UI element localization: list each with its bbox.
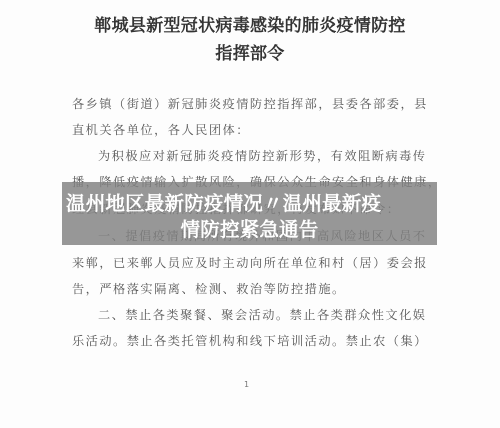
- headline-banner[interactable]: 温州地区最新防疫情况〃温州最新疫 情防控紧急通告: [62, 182, 437, 245]
- body-line: 告，严格落实隔离、检测、救治等防控措施。: [72, 280, 432, 297]
- body-line: 为积极应对新冠肺炎疫情防控新形势，有效阻断病毒传: [98, 147, 458, 164]
- body-line: 各乡镇（街道）新冠肺炎疫情防控指挥部，县委各部委，县: [72, 95, 432, 112]
- body-line: 来郸，已来郸人员应及时主动向所在单位和村（居）委会报: [72, 254, 432, 271]
- body-line: 直机关各单位，各人民团体：: [72, 121, 432, 138]
- body-line: 乐活动。禁止各类托管机构和线下培训活动。禁止农（集）: [72, 332, 432, 349]
- headline-line-1: 温州地区最新防疫情况〃温州最新疫: [66, 188, 441, 216]
- page-number: 1: [244, 380, 249, 389]
- body-line: 二、禁止各类聚餐、聚会活动。禁止各类群众性文化娱: [98, 306, 458, 323]
- document-title-line-2: 指挥部令: [0, 39, 500, 64]
- document-title-line-1: 郸城县新型冠状病毒感染的肺炎疫情防控: [0, 11, 500, 36]
- headline-line-2: 情防控紧急通告: [62, 214, 437, 242]
